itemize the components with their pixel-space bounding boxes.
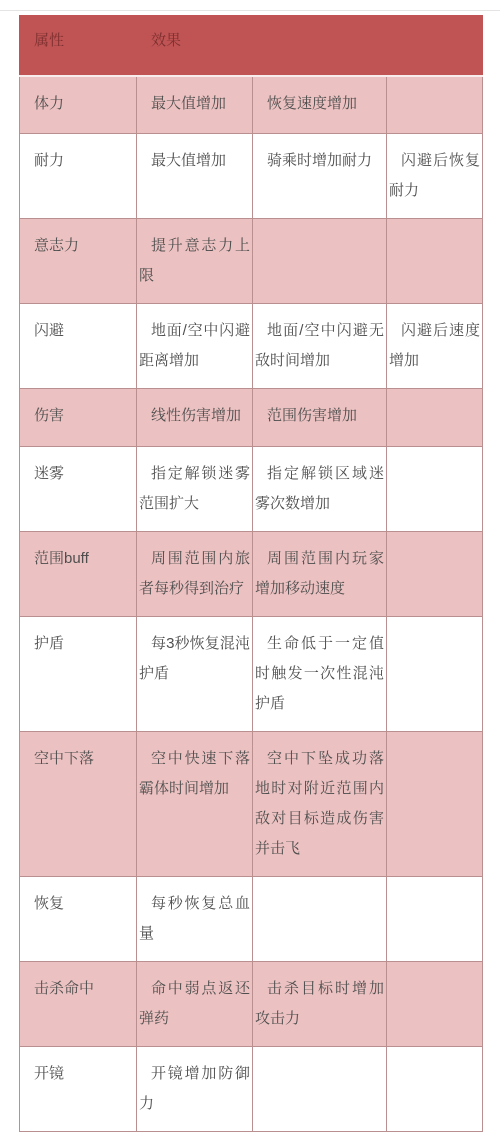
effect-cell: 线性伤害增加 [137, 389, 253, 447]
effect-cell [253, 1047, 387, 1132]
attribute-cell: 范围buff [20, 532, 137, 617]
attribute-cell: 体力 [20, 76, 137, 134]
effect-cell: 闪避后恢复耐力 [387, 134, 483, 219]
attribute-cell: 意志力 [20, 219, 137, 304]
effect-cell: 指定解锁迷雾范围扩大 [137, 447, 253, 532]
header-spacer [387, 16, 483, 76]
table-row: 体力 最大值增加 恢复速度增加 [20, 76, 483, 134]
table-row: 意志力 提升意志力上限 [20, 219, 483, 304]
effect-cell: 命中弱点返还弹药 [137, 962, 253, 1047]
effect-cell: 击杀目标时增加攻击力 [253, 962, 387, 1047]
attributes-effects-table: 属性 效果 体力 最大值增加 恢复速度增加 耐力 最大值增加 骑乘时增加耐力 闪… [19, 15, 483, 1132]
effect-cell: 指定解锁区域迷雾次数增加 [253, 447, 387, 532]
attribute-cell: 空中下落 [20, 732, 137, 877]
attribute-cell: 耐力 [20, 134, 137, 219]
effect-cell: 每秒恢复总血量 [137, 877, 253, 962]
effect-cell: 周围范围内玩家增加移动速度 [253, 532, 387, 617]
header-effect: 效果 [137, 16, 253, 76]
effect-cell: 最大值增加 [137, 134, 253, 219]
effect-cell [387, 532, 483, 617]
attribute-cell: 开镜 [20, 1047, 137, 1132]
effect-cell: 提升意志力上限 [137, 219, 253, 304]
effect-cell: 每3秒恢复混沌护盾 [137, 617, 253, 732]
effect-cell: 范围伤害增加 [253, 389, 387, 447]
effect-cell [387, 617, 483, 732]
table-row: 空中下落 空中快速下落霸体时间增加 空中下坠成功落地时对附近范围内敌对目标造成伤… [20, 732, 483, 877]
effect-cell: 地面/空中闪避无敌时间增加 [253, 304, 387, 389]
table-row: 护盾 每3秒恢复混沌护盾 生命低于一定值时触发一次性混沌护盾 [20, 617, 483, 732]
effect-cell [387, 877, 483, 962]
table-row: 范围buff 周围范围内旅者每秒得到治疗 周围范围内玩家增加移动速度 [20, 532, 483, 617]
effect-cell: 恢复速度增加 [253, 76, 387, 134]
attribute-cell: 击杀命中 [20, 962, 137, 1047]
effect-cell: 骑乘时增加耐力 [253, 134, 387, 219]
attribute-cell: 闪避 [20, 304, 137, 389]
effect-cell: 闪避后速度增加 [387, 304, 483, 389]
effect-cell: 周围范围内旅者每秒得到治疗 [137, 532, 253, 617]
table-header-row: 属性 效果 [20, 16, 483, 76]
effect-cell [387, 447, 483, 532]
effect-cell [387, 732, 483, 877]
attribute-cell: 迷雾 [20, 447, 137, 532]
effect-cell [253, 219, 387, 304]
table-row: 伤害 线性伤害增加 范围伤害增加 [20, 389, 483, 447]
effect-cell [253, 877, 387, 962]
effect-cell: 最大值增加 [137, 76, 253, 134]
effect-cell: 空中快速下落霸体时间增加 [137, 732, 253, 877]
effect-cell: 生命低于一定值时触发一次性混沌护盾 [253, 617, 387, 732]
effect-cell: 空中下坠成功落地时对附近范围内敌对目标造成伤害并击飞 [253, 732, 387, 877]
attribute-cell: 恢复 [20, 877, 137, 962]
table-row: 击杀命中 命中弱点返还弹药 击杀目标时增加攻击力 [20, 962, 483, 1047]
effect-cell [387, 1047, 483, 1132]
attribute-cell: 伤害 [20, 389, 137, 447]
effect-cell [387, 219, 483, 304]
effect-cell: 地面/空中闪避距离增加 [137, 304, 253, 389]
top-divider [0, 10, 500, 11]
table-row: 迷雾 指定解锁迷雾范围扩大 指定解锁区域迷雾次数增加 [20, 447, 483, 532]
header-spacer [253, 16, 387, 76]
table-row: 闪避 地面/空中闪避距离增加 地面/空中闪避无敌时间增加 闪避后速度增加 [20, 304, 483, 389]
effect-cell [387, 76, 483, 134]
table-row: 耐力 最大值增加 骑乘时增加耐力 闪避后恢复耐力 [20, 134, 483, 219]
table-row: 恢复 每秒恢复总血量 [20, 877, 483, 962]
table-row: 开镜 开镜增加防御力 [20, 1047, 483, 1132]
effect-cell [387, 389, 483, 447]
effect-cell [387, 962, 483, 1047]
attribute-cell: 护盾 [20, 617, 137, 732]
effect-cell: 开镜增加防御力 [137, 1047, 253, 1132]
header-attribute: 属性 [20, 16, 137, 76]
